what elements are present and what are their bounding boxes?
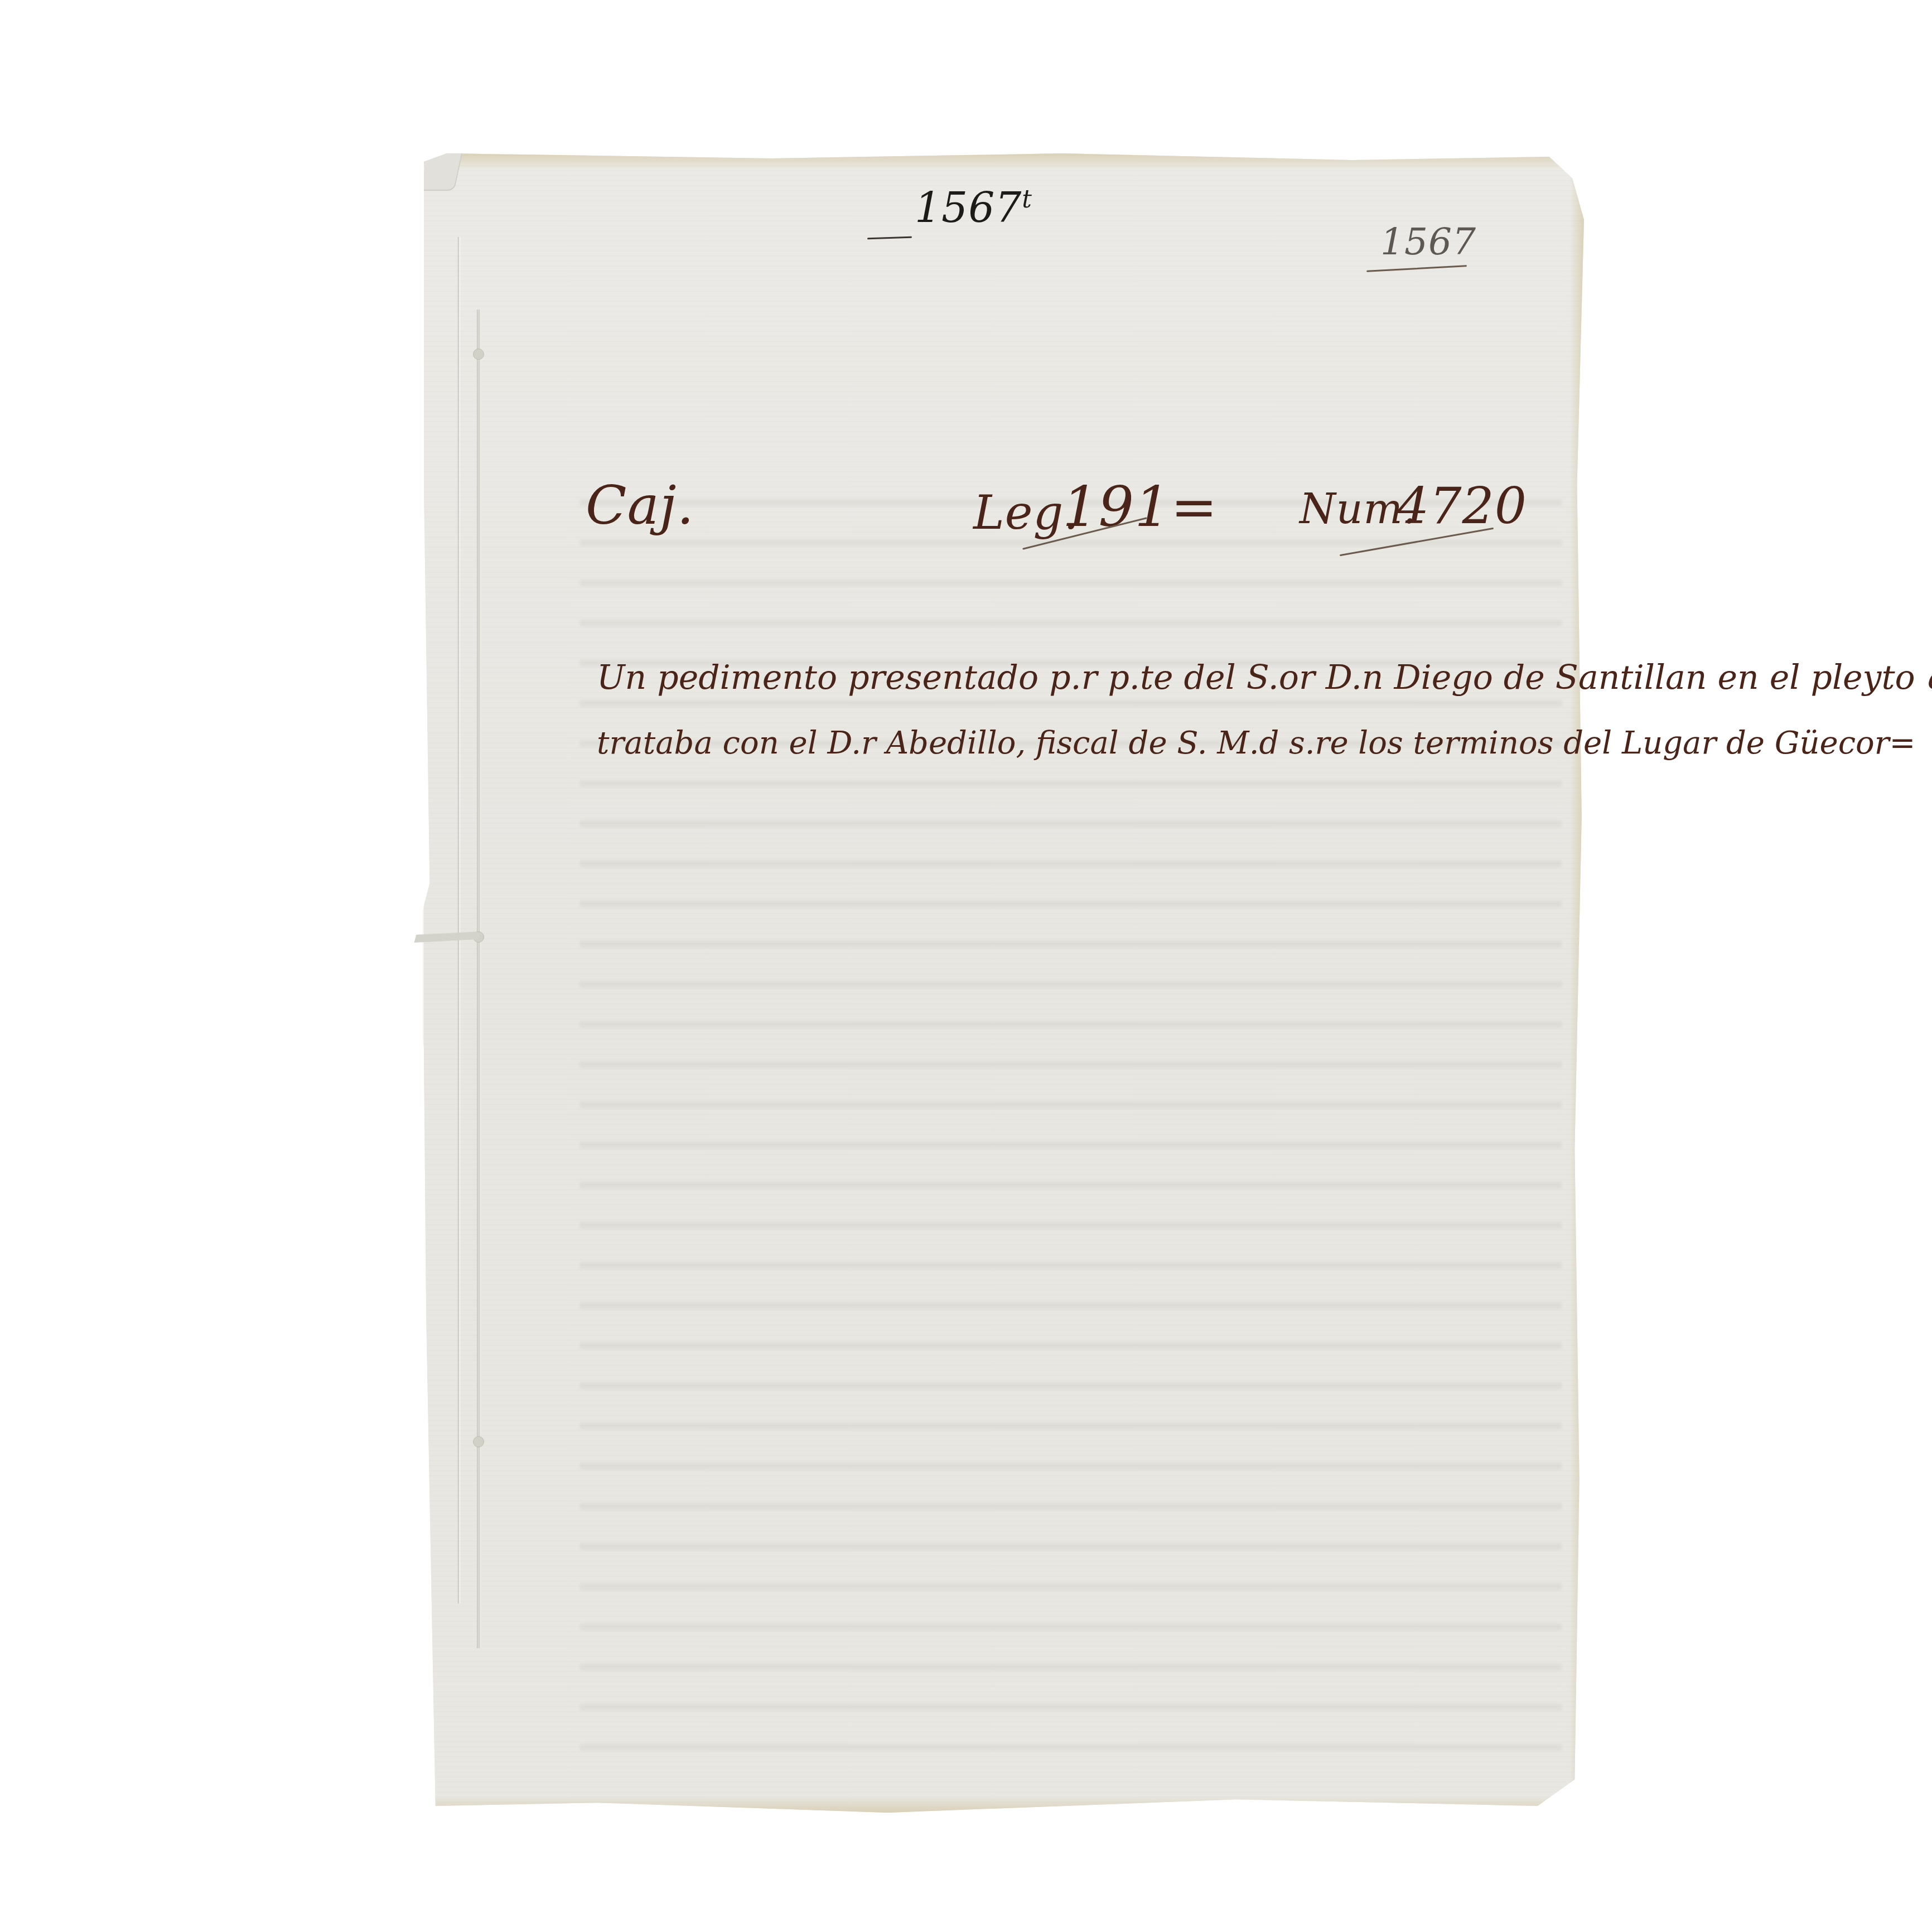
year-mark-suffix: t [1022,185,1032,214]
right-edge-stain [1569,153,1584,1813]
leg-number: 191= [1062,474,1218,539]
num-number: 4720 [1397,477,1527,535]
leg-suffix: = [1171,474,1218,539]
folded-corner [420,153,462,191]
year-mark-top-center: 1567t [915,184,1032,232]
manuscript-page [424,153,1584,1813]
body-line-2: trataba con el D.r Abedillo, fiscal de S… [597,725,1916,761]
body-line-1: Un pedimento presentado p.r p.te del S.o… [597,658,1932,697]
year-mark-top-right: 1567 [1380,220,1476,263]
top-edge-stain [424,153,1584,170]
binding-fold [457,237,461,1603]
year-mark-value: 1567 [915,184,1022,232]
bottom-edge-stain [424,1796,1584,1813]
thread-knot [473,349,484,360]
binding-thread [477,310,481,1648]
caj-label: Caj. [586,474,694,537]
leg-number-value: 191 [1062,474,1171,539]
thread-knot [473,1436,484,1447]
